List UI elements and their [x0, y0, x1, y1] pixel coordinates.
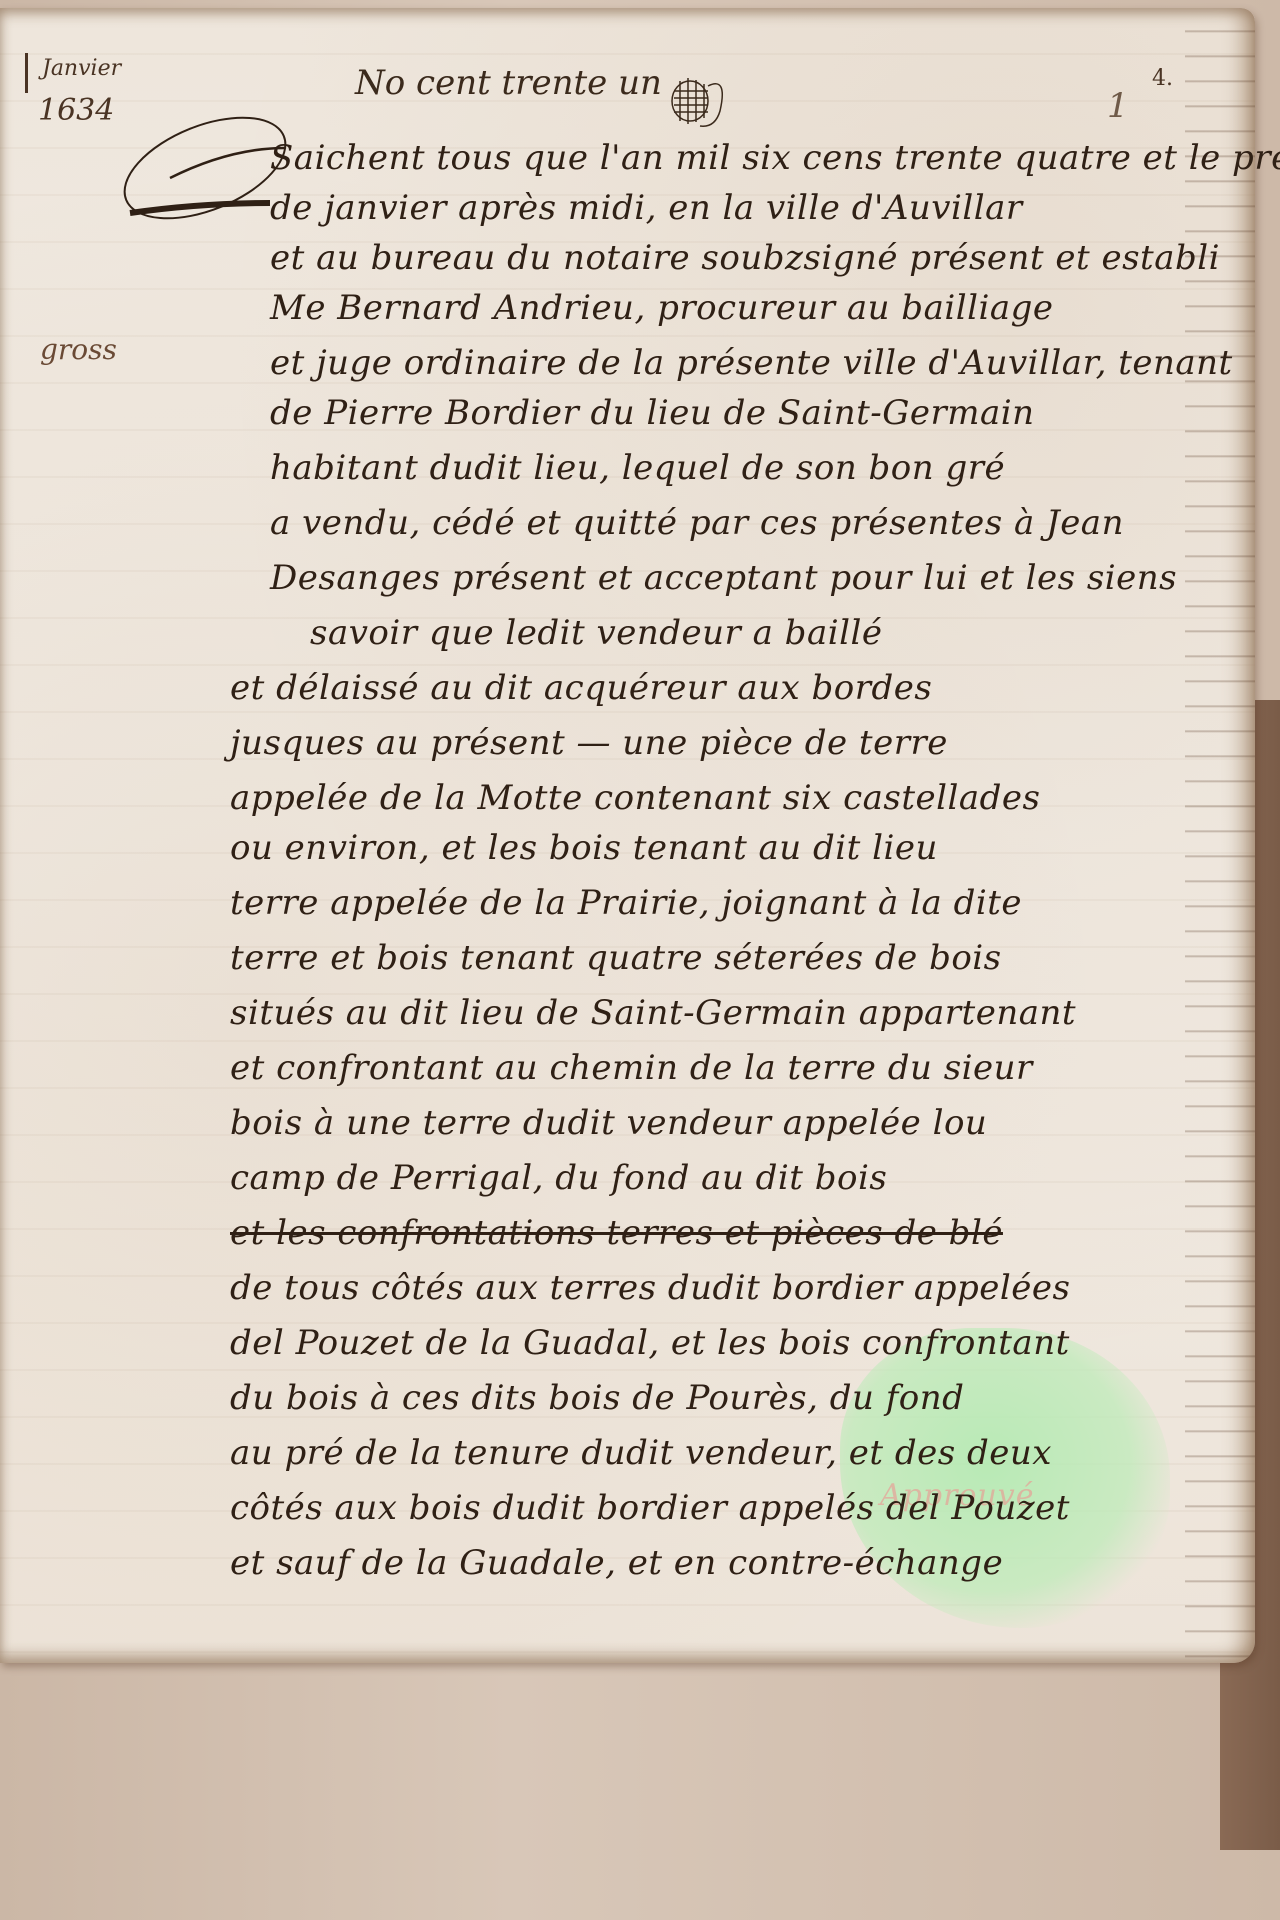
- text-line: savoir que ledit vendeur a baillé: [310, 613, 882, 653]
- text-line: et juge ordinaire de la présente ville d…: [270, 343, 1233, 383]
- act-number-heading: No cent trente un: [355, 63, 662, 103]
- margin-year: 1634: [38, 93, 114, 128]
- text-line: del Pouzet de la Guadal, et les bois con…: [230, 1323, 1070, 1363]
- manuscript-page: Janvier 1634 gross No cent trente un 1 4…: [0, 8, 1255, 1663]
- text-line: situés au dit lieu de Saint-Germain appa…: [230, 993, 1076, 1033]
- text-line: et délaissé au dit acquéreur aux bordes: [230, 668, 932, 708]
- decorative-initial-icon: [110, 108, 290, 238]
- folio-number: 1: [1107, 86, 1129, 126]
- notary-flourish-icon: [660, 66, 730, 136]
- text-line: appelée de la Motte contenant six castel…: [230, 778, 1040, 818]
- corner-mark: 4.: [1152, 66, 1173, 91]
- margin-bracket: [25, 53, 28, 93]
- text-line: et confrontant au chemin de la terre du …: [230, 1048, 1033, 1088]
- text-line: du bois à ces dits bois de Pourès, du fo…: [230, 1378, 964, 1418]
- text-line: au pré de la tenure dudit vendeur, et de…: [230, 1433, 1052, 1473]
- text-line: terre et bois tenant quatre séterées de …: [230, 938, 1002, 978]
- text-line: de Pierre Bordier du lieu de Saint-Germa…: [270, 393, 1035, 433]
- text-line: et sauf de la Guadale, et en contre-écha…: [230, 1543, 1003, 1583]
- text-line: côtés aux bois dudit bordier appelés del…: [230, 1488, 1070, 1528]
- text-line: de janvier après midi, en la ville d'Auv…: [270, 188, 1023, 228]
- text-line: habitant dudit lieu, lequel de son bon g…: [270, 448, 1005, 488]
- text-line: bois à une terre dudit vendeur appelée l…: [230, 1103, 987, 1143]
- text-line: camp de Perrigal, du fond au dit bois: [230, 1158, 887, 1198]
- text-line: a vendu, cédé et quitté par ces présente…: [270, 503, 1124, 543]
- text-line: Saichent tous que l'an mil six cens tren…: [270, 138, 1280, 178]
- text-line: terre appelée de la Prairie, joignant à …: [230, 883, 1022, 923]
- text-line: ou environ, et les bois tenant au dit li…: [230, 828, 938, 868]
- struck-text-line: et les confrontations terres et pièces d…: [230, 1213, 1003, 1253]
- margin-note-gross: gross: [40, 333, 117, 366]
- text-line: Desanges présent et acceptant pour lui e…: [270, 558, 1177, 598]
- text-line: Me Bernard Andrieu, procureur au baillia…: [270, 288, 1054, 328]
- margin-month: Janvier: [42, 56, 121, 81]
- text-line: et au bureau du notaire soubzsigné prése…: [270, 238, 1220, 278]
- text-line: jusques au présent — une pièce de terre: [230, 723, 948, 763]
- text-line: de tous côtés aux terres dudit bordier a…: [230, 1268, 1070, 1308]
